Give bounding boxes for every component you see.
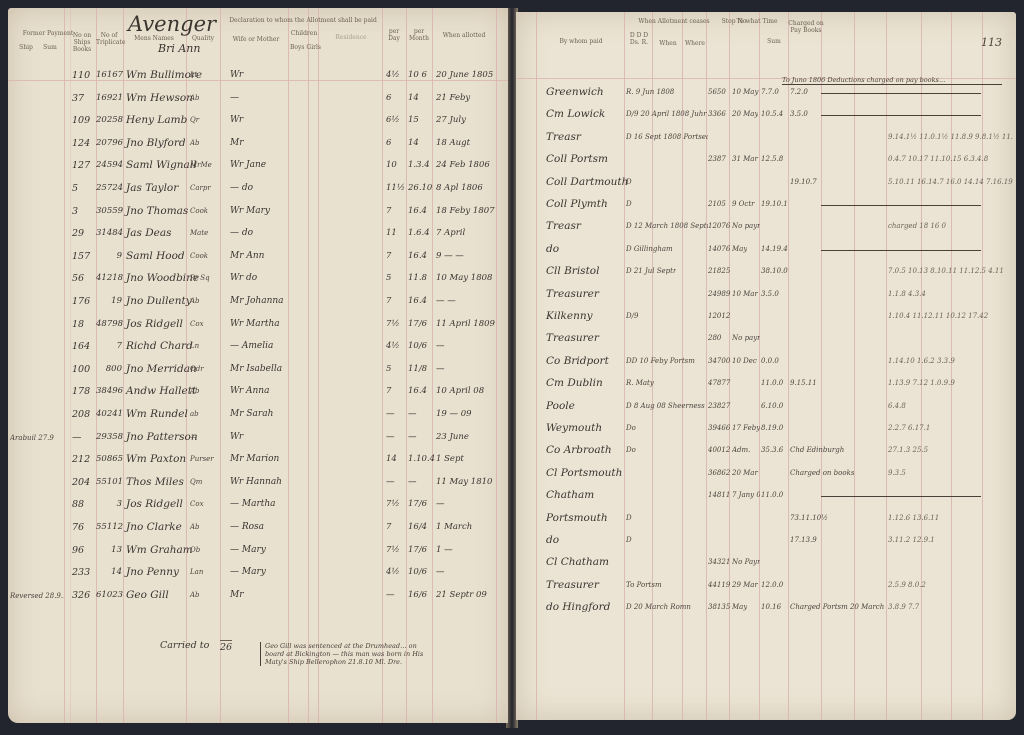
pay-books-cell: 9.3.5 bbox=[888, 469, 906, 477]
to-what-time-cell: 9 Octr bbox=[732, 200, 755, 208]
to-what-time-cell: No Payment bbox=[732, 558, 760, 566]
per-month-cell: 17/6 bbox=[408, 319, 427, 329]
stop-no-cell: 3366 bbox=[708, 110, 726, 118]
ships-book-no-cell: — bbox=[72, 432, 82, 443]
pay-books-cell: 6.4.8 bbox=[888, 402, 906, 410]
stop-no-cell: 21825 bbox=[708, 267, 730, 275]
man-name-cell: Jas Taylor bbox=[126, 182, 178, 194]
wife-or-mother-cell: — Amelia bbox=[230, 341, 273, 351]
sum-cell: 3.5.0 bbox=[761, 290, 779, 298]
quality-cell: Lt bbox=[190, 71, 197, 79]
stop-no-cell: 40012 bbox=[708, 446, 730, 454]
triplicate-no-cell: 41218 bbox=[96, 273, 122, 283]
per-day-cell: 7 bbox=[386, 206, 391, 216]
quality-cell: MrMe bbox=[190, 161, 212, 169]
by-whom-paid-cell: do Hingford bbox=[546, 601, 610, 613]
quality-cell: Cox bbox=[190, 320, 204, 328]
stop-no-cell: 12012 bbox=[708, 312, 730, 320]
per-month-cell: 16/6 bbox=[408, 590, 427, 600]
man-name-cell: Jno Dullenty bbox=[126, 295, 192, 307]
per-month-cell: 26.10 bbox=[408, 183, 432, 193]
ships-book-no-cell: 109 bbox=[72, 115, 90, 126]
by-whom-paid-cell: do bbox=[546, 534, 559, 546]
man-name-cell: Jos Ridgell bbox=[126, 498, 183, 510]
man-name-cell: Wm Hewson bbox=[126, 92, 193, 104]
ships-book-no-cell: 164 bbox=[72, 341, 90, 352]
when-allotted-cell: 27 July bbox=[436, 115, 466, 125]
carried-to-value: 26 bbox=[220, 640, 232, 653]
allotment-ceases-cell: D 8 Aug 08 Sheerness bbox=[626, 402, 705, 410]
quality-cell: Ab bbox=[190, 591, 200, 599]
per-month-cell: — bbox=[408, 432, 417, 442]
allotment-ceases-cell: D Gillingham bbox=[626, 245, 673, 253]
former-payment-cell: Arabuil 27.9 bbox=[10, 434, 54, 442]
right-ledger-page: By whom paid When Allotment ceases D D D… bbox=[516, 12, 1016, 720]
pay-books-cell: 7.0.5 10.13 8.10.11 11.12.5 4.11 bbox=[888, 267, 1004, 275]
per-day-cell: 6 bbox=[386, 93, 391, 103]
header-mens-names: Mens Names bbox=[134, 35, 174, 42]
header-declaration: Declaration to whom the Allotment shall … bbox=[228, 17, 378, 24]
header-when: When bbox=[656, 40, 680, 47]
stop-no-cell: 14076 bbox=[708, 245, 730, 253]
when-allotted-cell: 1 — bbox=[436, 545, 453, 555]
triplicate-no-cell: 61023 bbox=[96, 590, 122, 600]
allotment-ceases-cell: D 21 Jul Septr bbox=[626, 267, 676, 275]
quality-cell: Mate bbox=[190, 229, 208, 237]
per-day-cell: 7½ bbox=[386, 319, 400, 329]
allotment-ceases-cell: D bbox=[626, 514, 632, 522]
per-month-cell: 16.4 bbox=[408, 251, 427, 261]
per-day-cell: 4½ bbox=[386, 567, 400, 577]
triplicate-no-cell: 14 bbox=[96, 567, 122, 577]
allotment-ceases-cell: D/9 bbox=[626, 312, 638, 320]
settled-strike-line bbox=[821, 205, 981, 206]
header-per-day: per Day bbox=[384, 28, 404, 42]
wife-or-mother-cell: — Martha bbox=[230, 499, 276, 509]
quality-cell: Cox bbox=[190, 500, 204, 508]
header-children: Children bbox=[290, 30, 318, 37]
ships-book-no-cell: 29 bbox=[72, 228, 84, 239]
triplicate-no-cell: 30559 bbox=[96, 206, 122, 216]
charged-cell: Charged Portsm 20 March 1811 bbox=[790, 603, 885, 611]
allotment-ceases-cell: D bbox=[626, 200, 632, 208]
man-name-cell: Richd Chard bbox=[126, 340, 193, 352]
wife-or-mother-cell: Wr Martha bbox=[230, 319, 280, 329]
pay-books-cell: 2.2.7 6.17.1 bbox=[888, 424, 930, 432]
when-allotted-cell: 7 April bbox=[436, 228, 465, 238]
ships-book-no-cell: 233 bbox=[72, 567, 90, 578]
ship-subtitle: Bri Ann bbox=[158, 42, 200, 55]
when-allotted-cell: 10 May 1808 bbox=[436, 273, 492, 283]
per-month-cell: 15 bbox=[408, 115, 419, 125]
per-month-cell: 16/4 bbox=[408, 522, 427, 532]
sum-cell: 6.10.0 bbox=[761, 402, 783, 410]
pay-books-cell: 0.4.7 10.17 11.10.15 6.3.4.8 bbox=[888, 155, 988, 163]
per-month-cell: 17/6 bbox=[408, 499, 427, 509]
pay-books-cell: 27.1.3 25.5 bbox=[888, 446, 928, 454]
quality-cell: Qm bbox=[190, 478, 202, 486]
by-whom-paid-cell: Cll Bristol bbox=[546, 265, 599, 277]
ships-book-no-cell: 100 bbox=[72, 364, 90, 375]
pay-books-cell: 9.14.1½ 11.0.1½ 11.8.9 9.8.1½ 11.0 12.13… bbox=[888, 133, 1013, 141]
ships-book-no-cell: 88 bbox=[72, 499, 84, 510]
stop-no-cell: 23827 bbox=[708, 402, 730, 410]
charged-cell: Chd Edinburgh bbox=[790, 446, 844, 454]
per-day-cell: 7 bbox=[386, 522, 391, 532]
triplicate-no-cell: 50865 bbox=[96, 454, 122, 464]
allotment-ceases-cell: To Portsm bbox=[626, 581, 662, 589]
to-what-time-cell: 20 May bbox=[732, 110, 758, 118]
when-allotted-cell: 23 June bbox=[436, 432, 469, 442]
man-name-cell: Wm Graham bbox=[126, 544, 193, 556]
quality-cell: Qr bbox=[190, 116, 199, 124]
when-allotted-cell: — bbox=[436, 499, 445, 509]
by-whom-paid-cell: Chatham bbox=[546, 489, 594, 501]
header-boys-girls: Boys Girls bbox=[290, 44, 318, 51]
allotment-ceases-cell: Do bbox=[626, 424, 636, 432]
stop-no-cell: 34700 bbox=[708, 357, 730, 365]
deductions-top-note: To Juno 1806 Deductions charged on pay b… bbox=[782, 76, 1002, 85]
stop-no-cell: 44119 bbox=[708, 581, 730, 589]
stop-no-cell: 39466 bbox=[708, 424, 730, 432]
per-month-cell: — bbox=[408, 477, 417, 487]
allotment-ceases-cell: DD 10 Feby Portsm bbox=[626, 357, 695, 365]
to-what-time-cell: 20 Mar 08 bbox=[732, 469, 760, 477]
charged-cell: 73.11.10½ bbox=[790, 514, 828, 522]
wife-or-mother-cell: Mr bbox=[230, 590, 244, 600]
per-day-cell: 7½ bbox=[386, 499, 400, 509]
allotment-ceases-cell: Do bbox=[626, 446, 636, 454]
by-whom-paid-cell: Treasr bbox=[546, 220, 581, 232]
page-number: 113 bbox=[981, 36, 1002, 49]
header-where: Where bbox=[684, 40, 706, 47]
per-day-cell: 4½ bbox=[386, 70, 400, 80]
header-when-allotted: When allotted bbox=[436, 32, 492, 39]
per-day-cell: 14 bbox=[386, 454, 397, 464]
stop-no-cell: 2387 bbox=[708, 155, 726, 163]
by-whom-paid-cell: Co Arbroath bbox=[546, 444, 612, 456]
per-month-cell: 11.8 bbox=[408, 273, 427, 283]
sum-cell: 35.3.6 bbox=[761, 446, 783, 454]
pay-books-cell: 1.14.10 1.6.2 3.3.9 bbox=[888, 357, 955, 365]
sum-cell: 10.5.4 bbox=[761, 110, 783, 118]
by-whom-paid-cell: do bbox=[546, 243, 559, 255]
pay-books-cell: charged 18 16 0 bbox=[888, 222, 946, 230]
man-name-cell: Jno Patterson bbox=[126, 431, 198, 443]
quality-cell: Ab bbox=[190, 387, 200, 395]
charged-cell: Charged on books bbox=[790, 469, 854, 477]
sum-cell: 11.0.0 bbox=[761, 379, 783, 387]
by-whom-paid-cell: Cm Lowick bbox=[546, 108, 605, 120]
header-former-ship: Ship bbox=[16, 44, 36, 51]
triplicate-no-cell: 16167 bbox=[96, 70, 122, 80]
triplicate-no-cell: 16921 bbox=[96, 93, 122, 103]
man-name-cell: Saml Hood bbox=[126, 250, 185, 262]
man-name-cell: Jno Clarke bbox=[126, 521, 182, 533]
per-day-cell: 6½ bbox=[386, 115, 400, 125]
triplicate-no-cell: 7 bbox=[96, 341, 122, 351]
per-month-cell: 1.3.4 bbox=[408, 160, 430, 170]
to-what-time-cell: 10 May 1808 bbox=[732, 88, 760, 96]
carried-to-label: Carried to bbox=[160, 640, 209, 651]
per-day-cell: 11 bbox=[386, 228, 397, 238]
to-what-time-cell: No payment bbox=[732, 222, 760, 230]
per-day-cell: 10 bbox=[386, 160, 397, 170]
quality-cell: Cook bbox=[190, 207, 208, 215]
stop-no-cell: 36862 bbox=[708, 469, 730, 477]
charged-cell: 3.5.0 bbox=[790, 110, 808, 118]
allotment-ceases-cell: D bbox=[626, 178, 632, 186]
header-charged-on-pay-books: Charged on Pay Books bbox=[786, 20, 826, 34]
per-month-cell: 16.4 bbox=[408, 296, 427, 306]
when-allotted-cell: 19 — 09 bbox=[436, 409, 472, 419]
when-allotted-cell: 10 April 08 bbox=[436, 386, 484, 396]
header-by-whom-paid: By whom paid bbox=[546, 38, 616, 45]
charged-cell: 9.15.11 bbox=[790, 379, 817, 387]
by-whom-paid-cell: Cl Chatham bbox=[546, 556, 609, 568]
header-former-sum: Sum bbox=[40, 44, 60, 51]
quality-cell: Ab bbox=[190, 139, 200, 147]
triplicate-no-cell: 3 bbox=[96, 499, 122, 509]
pay-books-cell: 2.5.9 8.0.2 bbox=[888, 581, 926, 589]
wife-or-mother-cell: Wr do bbox=[230, 273, 257, 283]
header-triplicate-no: No of Triplicate bbox=[96, 32, 122, 46]
per-month-cell: 16.4 bbox=[408, 206, 427, 216]
per-day-cell: — bbox=[386, 409, 395, 419]
triplicate-no-cell: 25724 bbox=[96, 183, 122, 193]
quality-cell: Odr bbox=[190, 365, 204, 373]
header-residence: Residence bbox=[326, 34, 376, 41]
by-whom-paid-cell: Cl Portsmouth bbox=[546, 467, 622, 479]
quality-cell: Carpr bbox=[190, 184, 211, 192]
per-day-cell: — bbox=[386, 590, 395, 600]
allotment-ceases-cell: D 20 March Romn bbox=[626, 603, 691, 611]
when-allotted-cell: 8 Apl 1806 bbox=[436, 183, 483, 193]
by-whom-paid-cell: Treasurer bbox=[546, 288, 599, 300]
charged-cell: 17.13.9 bbox=[790, 536, 817, 544]
quality-cell: Lan bbox=[190, 568, 203, 576]
sum-cell: 7.7.0 bbox=[761, 88, 779, 96]
wife-or-mother-cell: — do bbox=[230, 183, 253, 193]
when-allotted-cell: 9 — — bbox=[436, 251, 464, 261]
per-day-cell: — bbox=[386, 432, 395, 442]
left-ledger-page: Former Payment Ship Sum No on Ships Book… bbox=[8, 8, 508, 723]
sum-cell: 14.19.4 bbox=[761, 245, 788, 253]
man-name-cell: Jno Thomas bbox=[126, 205, 188, 217]
per-month-cell: 14 bbox=[408, 93, 419, 103]
ships-book-no-cell: 326 bbox=[72, 590, 90, 601]
per-day-cell: 6 bbox=[386, 138, 391, 148]
settled-strike-line bbox=[821, 115, 981, 116]
when-allotted-cell: — — bbox=[436, 296, 456, 306]
quality-cell: Ob bbox=[190, 546, 200, 554]
per-day-cell: 11½ bbox=[386, 183, 405, 193]
to-what-time-cell: 17 Feby bbox=[732, 424, 760, 432]
header-wife-or-mother: Wife or Mother bbox=[230, 36, 282, 43]
per-day-cell: 5 bbox=[386, 364, 391, 374]
per-day-cell: 4½ bbox=[386, 341, 400, 351]
sum-cell: 12.5.8 bbox=[761, 155, 783, 163]
allotment-ceases-cell: D/9 20 April 1808 Juhr bbox=[626, 110, 707, 118]
triplicate-no-cell: 20258 bbox=[96, 115, 122, 125]
man-name-cell: Jno Penny bbox=[126, 566, 179, 578]
to-what-time-cell: May bbox=[732, 603, 747, 611]
wife-or-mother-cell: — Mary bbox=[230, 567, 266, 577]
quality-cell: Ab bbox=[190, 94, 200, 102]
man-name-cell: Wm Rundel bbox=[126, 408, 188, 420]
allotment-ceases-cell: D 16 Sept 1808 Portsea bbox=[626, 133, 708, 141]
to-what-time-cell: Adm. bbox=[732, 446, 750, 454]
per-month-cell: 17/6 bbox=[408, 545, 427, 555]
stop-no-cell: 38135 bbox=[708, 603, 730, 611]
quality-cell: Ln bbox=[190, 342, 199, 350]
when-allotted-cell: — bbox=[436, 341, 445, 351]
by-whom-paid-cell: Weymouth bbox=[546, 422, 602, 434]
per-day-cell: — bbox=[386, 477, 395, 487]
wife-or-mother-cell: Mr Marion bbox=[230, 454, 279, 464]
wife-or-mother-cell: Wr Hannah bbox=[230, 477, 282, 487]
wife-or-mother-cell: Mr Isabella bbox=[230, 364, 282, 374]
allotment-ceases-cell: R. 9 Jun 1808 bbox=[626, 88, 674, 96]
to-what-time-cell: 31 Mar 08 bbox=[732, 155, 760, 163]
settled-strike-line bbox=[821, 93, 981, 94]
header-ddd-dsr: D D D Ds. R. bbox=[628, 32, 650, 46]
by-whom-paid-cell: Treasurer bbox=[546, 579, 599, 591]
pay-books-cell: 1.12.6 13.6.11 bbox=[888, 514, 939, 522]
ships-book-no-cell: 18 bbox=[72, 319, 84, 330]
stop-no-cell: 12076 bbox=[708, 222, 730, 230]
pay-books-cell: 5.10.11 16.14.7 16.0 14.14 7.16.19 19.11… bbox=[888, 178, 1013, 186]
quality-cell: ab bbox=[190, 410, 199, 418]
per-month-cell: 16.4 bbox=[408, 386, 427, 396]
ships-book-no-cell: 127 bbox=[72, 160, 90, 171]
stop-no-cell: 2105 bbox=[708, 200, 726, 208]
header-ships-books-no: No on Ships Books bbox=[70, 32, 94, 53]
when-allotted-cell: — bbox=[436, 567, 445, 577]
ships-book-no-cell: 124 bbox=[72, 138, 90, 149]
when-allotted-cell: 1 March bbox=[436, 522, 472, 532]
ships-book-no-cell: 212 bbox=[72, 454, 90, 465]
when-allotted-cell: 21 Septr 09 bbox=[436, 590, 487, 600]
wife-or-mother-cell: Wr bbox=[230, 432, 243, 442]
wife-or-mother-cell: Wr Mary bbox=[230, 206, 270, 216]
per-month-cell: 11/8 bbox=[408, 364, 427, 374]
per-day-cell: 5 bbox=[386, 273, 391, 283]
charged-cell: 7.2.0 bbox=[790, 88, 808, 96]
stop-no-cell: 280 bbox=[708, 334, 721, 342]
when-allotted-cell: 1 Sept bbox=[436, 454, 464, 464]
quality-cell: Purser bbox=[190, 455, 214, 463]
pay-books-cell: 3.11.2 12.9.1 bbox=[888, 536, 935, 544]
header-sum: Sum bbox=[762, 38, 786, 45]
to-what-time-cell: No payment bbox=[732, 334, 760, 342]
ships-book-no-cell: 76 bbox=[72, 522, 84, 533]
header-quality: Quality bbox=[190, 35, 216, 42]
when-allotted-cell: 11 May 1810 bbox=[436, 477, 492, 487]
triplicate-no-cell: 40241 bbox=[96, 409, 122, 419]
man-name-cell: Andw Hallett bbox=[126, 385, 196, 397]
ships-book-no-cell: 157 bbox=[72, 251, 90, 262]
triplicate-no-cell: 13 bbox=[96, 545, 122, 555]
wife-or-mother-cell: Mr bbox=[230, 138, 244, 148]
when-allotted-cell: 20 June 1805 bbox=[436, 70, 493, 80]
pay-books-cell: 1.13.9 7.12 1.0.9.9 bbox=[888, 379, 955, 387]
triplicate-no-cell: 24594 bbox=[96, 160, 122, 170]
when-allotted-cell: 21 Feby bbox=[436, 93, 470, 103]
per-month-cell: 1.6.4 bbox=[408, 228, 430, 238]
when-allotted-cell: 24 Feb 1806 bbox=[436, 160, 490, 170]
wife-or-mother-cell: Wr bbox=[230, 115, 243, 125]
quality-cell: — bbox=[190, 433, 197, 441]
charged-cell: 19.10.7 bbox=[790, 178, 817, 186]
to-what-time-cell: 10 Dec bbox=[732, 357, 757, 365]
wife-or-mother-cell: — bbox=[230, 93, 239, 103]
triplicate-no-cell: 38496 bbox=[96, 386, 122, 396]
per-day-cell: 7½ bbox=[386, 545, 400, 555]
wife-or-mother-cell: Wr Anna bbox=[230, 386, 269, 396]
triplicate-no-cell: 29358 bbox=[96, 432, 122, 442]
man-name-cell: Jos Ridgell bbox=[126, 318, 183, 330]
header-to-what-time: To what Time bbox=[732, 18, 782, 25]
sum-cell: 11.0.0 bbox=[761, 491, 783, 499]
sum-cell: 12.0.0 bbox=[761, 581, 783, 589]
per-day-cell: 7 bbox=[386, 251, 391, 261]
when-allotted-cell: 11 April 1809 bbox=[436, 319, 495, 329]
pay-books-cell: 1.10.4 11.12.11 10.12 17.42 bbox=[888, 312, 988, 320]
ships-book-no-cell: 5 bbox=[72, 183, 78, 194]
stop-no-cell: 34321 bbox=[708, 558, 730, 566]
per-month-cell: 10 6 bbox=[408, 70, 427, 80]
stop-no-cell: 14811 bbox=[708, 491, 730, 499]
when-allotted-cell: 18 Feby 1807 bbox=[436, 206, 495, 216]
per-day-cell: 7 bbox=[386, 386, 391, 396]
sum-cell: 38.10.0 bbox=[761, 267, 788, 275]
sum-cell: 19.10.1 bbox=[761, 200, 788, 208]
to-what-time-cell: 7 Jany 08 bbox=[732, 491, 760, 499]
to-what-time-cell: 10 Mar bbox=[732, 290, 758, 298]
man-name-cell: Saml Wignall bbox=[126, 159, 197, 171]
triplicate-no-cell: 31484 bbox=[96, 228, 122, 238]
former-payment-cell: Reversed 28.9.10 bbox=[10, 592, 64, 600]
by-whom-paid-cell: Poole bbox=[546, 400, 575, 412]
by-whom-paid-cell: Greenwich bbox=[546, 86, 604, 98]
by-whom-paid-cell: Treasurer bbox=[546, 332, 599, 344]
pay-books-cell: 1.1.8 4.3.4 bbox=[888, 290, 926, 298]
by-whom-paid-cell: Portsmouth bbox=[546, 512, 608, 524]
pay-books-cell: 3.8.9 7.7 bbox=[888, 603, 919, 611]
allotment-ceases-cell: R. Maty bbox=[626, 379, 654, 387]
header-when-allotment-ceases: When Allotment ceases bbox=[638, 18, 710, 25]
triplicate-no-cell: 9 bbox=[96, 251, 122, 261]
allotment-ceases-cell: D bbox=[626, 536, 632, 544]
man-name-cell: Heny Lamb bbox=[126, 114, 187, 126]
settled-strike-line bbox=[821, 250, 981, 251]
when-allotted-cell: 18 Augt bbox=[436, 138, 470, 148]
stop-no-cell: 47877 bbox=[708, 379, 730, 387]
ships-book-no-cell: 204 bbox=[72, 477, 90, 488]
wife-or-mother-cell: Mr Sarah bbox=[230, 409, 273, 419]
man-name-cell: Thos Miles bbox=[126, 476, 184, 488]
by-whom-paid-cell: Coll Portsm bbox=[546, 153, 608, 165]
header-per-month: per Month bbox=[408, 28, 430, 42]
when-allotted-cell: — bbox=[436, 364, 445, 374]
ships-book-no-cell: 208 bbox=[72, 409, 90, 420]
triplicate-no-cell: 800 bbox=[96, 364, 122, 374]
wife-or-mother-cell: — do bbox=[230, 228, 253, 238]
wife-or-mother-cell: Mr Johanna bbox=[230, 296, 284, 306]
by-whom-paid-cell: Coll Plymth bbox=[546, 198, 608, 210]
per-month-cell: 1.10.4 bbox=[408, 454, 435, 464]
